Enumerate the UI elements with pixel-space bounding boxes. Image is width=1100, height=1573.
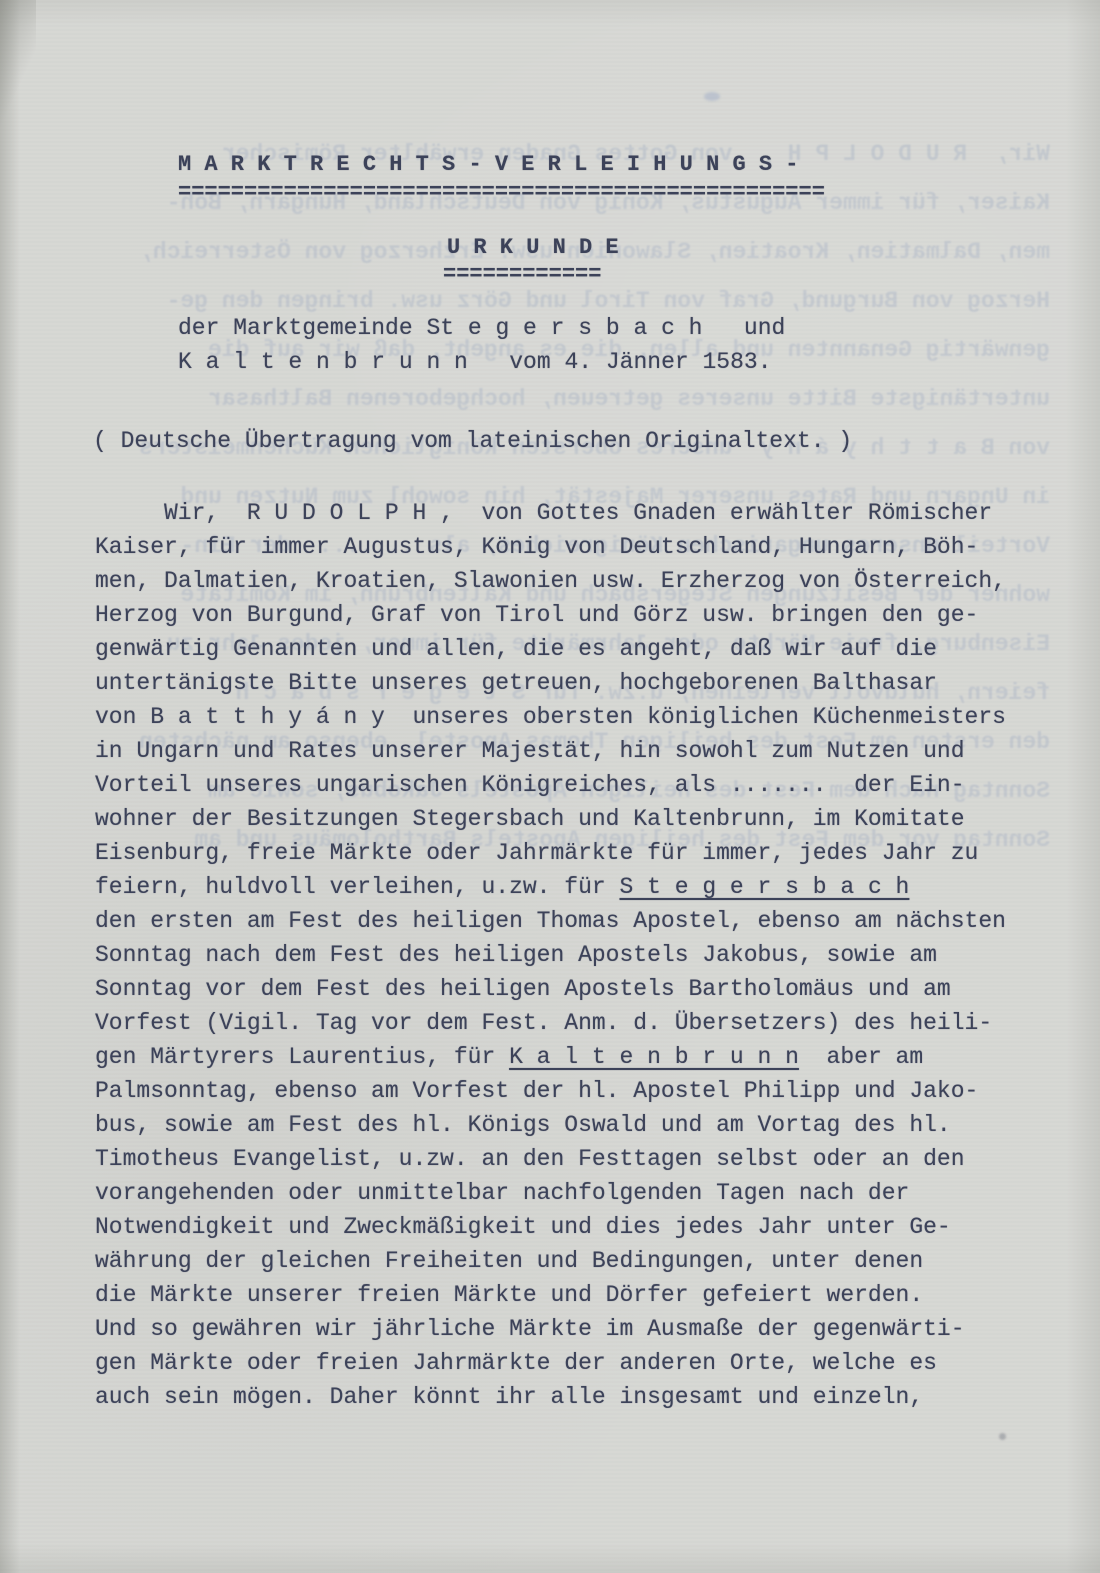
body-line: auch sein mögen. Daher könnt ihr alle in… — [95, 1380, 1006, 1414]
body-text-segment: Timotheus Evangelist, u.zw. an den Festt… — [95, 1146, 965, 1172]
body-text-segment: Eisenburg, freie Märkte oder Jahrmärkte … — [95, 840, 978, 866]
body-line: Und so gewähren wir jährliche Märkte im … — [95, 1312, 1006, 1346]
body-line: wohner der Besitzungen Stegersbach und K… — [95, 802, 1006, 836]
addressee-line-1: der Marktgemeinde St e g e r s b a c h u… — [178, 315, 785, 341]
body-text-segment: gen Märkte oder freien Jahrmärkte der an… — [95, 1350, 937, 1376]
subtitle-underline: ============ — [443, 262, 601, 287]
body-text-segment: aber am — [799, 1044, 923, 1070]
body-line: Wir, R U D O L P H , von Gottes Gnaden e… — [95, 496, 1006, 530]
body-line: Kaiser, für immer Augustus, König von De… — [95, 530, 1006, 564]
body-line: die Märkte unserer freien Märkte und Dör… — [95, 1278, 1006, 1312]
bleedthrough-line: untertänigste Bitte unseres getreuen, ho… — [45, 375, 1050, 424]
body-text-segment: Vorteil unseres ungarischen Königreiches… — [95, 772, 965, 798]
title-underline: ========================================… — [178, 180, 825, 205]
body-text-segment: Und so gewähren wir jährliche Märkte im … — [95, 1316, 965, 1342]
body-line: den ersten am Fest des heiligen Thomas A… — [95, 904, 1006, 938]
body-text-segment: Kaiser, für immer Augustus, König von De… — [95, 534, 978, 560]
body-text-segment: Palmsonntag, ebenso am Vorfest der hl. A… — [95, 1078, 978, 1104]
body-text-segment: bus, sowie am Fest des hl. Königs Oswald… — [95, 1112, 951, 1138]
body-line: gen Märtyrers Laurentius, für K a l t e … — [95, 1040, 1006, 1074]
body-line: währung der gleichen Freiheiten und Bedi… — [95, 1244, 1006, 1278]
translation-note: ( Deutsche Übertragung vom lateinischen … — [93, 428, 852, 454]
underlined-place-name: K a l t e n b r u n n — [509, 1044, 799, 1070]
scanned-document-page: Wir, R U D O L P H , von Gottes Gnaden e… — [0, 0, 1100, 1573]
body-line: untertänigste Bitte unseres getreuen, ho… — [95, 666, 1006, 700]
body-line: Sonntag nach dem Fest des heiligen Apost… — [95, 938, 1006, 972]
body-text-segment: gen Märtyrers Laurentius, für — [95, 1044, 509, 1070]
body-text-segment: den ersten am Fest des heiligen Thomas A… — [95, 908, 1006, 934]
body-line: Vorfest (Vigil. Tag vor dem Fest. Anm. d… — [95, 1006, 1006, 1040]
body-line: Vorteil unseres ungarischen Königreiches… — [95, 768, 1006, 802]
body-text-segment: feiern, huldvoll verleihen, u.zw. für — [95, 874, 620, 900]
body-paragraph: Wir, R U D O L P H , von Gottes Gnaden e… — [95, 496, 1006, 1414]
body-line: men, Dalmatien, Kroatien, Slawonien usw.… — [95, 564, 1006, 598]
underlined-place-name: S t e g e r s b a c h — [620, 874, 910, 900]
body-line: Sonntag vor dem Fest des heiligen Aposte… — [95, 972, 1006, 1006]
body-text-segment: Vorfest (Vigil. Tag vor dem Fest. Anm. d… — [95, 1010, 992, 1036]
body-line: in Ungarn und Rates unserer Majestät, hi… — [95, 734, 1006, 768]
body-text-segment: wohner der Besitzungen Stegersbach und K… — [95, 806, 965, 832]
body-line: vorangehenden oder unmittelbar nachfolge… — [95, 1176, 1006, 1210]
body-line: gen Märkte oder freien Jahrmärkte der an… — [95, 1346, 1006, 1380]
body-line: Eisenburg, freie Märkte oder Jahrmärkte … — [95, 836, 1006, 870]
body-line: Palmsonntag, ebenso am Vorfest der hl. A… — [95, 1074, 1006, 1108]
scan-corner-shadow — [0, 0, 36, 130]
body-line: Herzog von Burgund, Graf von Tirol und G… — [95, 598, 1006, 632]
body-line: bus, sowie am Fest des hl. Königs Oswald… — [95, 1108, 1006, 1142]
body-text-segment: men, Dalmatien, Kroatien, Slawonien usw.… — [95, 568, 1006, 594]
body-text-segment: die Märkte unserer freien Märkte und Dör… — [95, 1282, 923, 1308]
body-text-segment: Wir, R U D O L P H , von Gottes Gnaden e… — [164, 500, 992, 526]
body-text-segment: Herzog von Burgund, Graf von Tirol und G… — [95, 602, 978, 628]
body-text-segment: in Ungarn und Rates unserer Majestät, hi… — [95, 738, 965, 764]
body-line: Timotheus Evangelist, u.zw. an den Festt… — [95, 1142, 1006, 1176]
document-subtitle: U R K U N D E — [447, 235, 619, 260]
body-text-segment: von B a t t h y á n y unseres obersten k… — [95, 704, 1006, 730]
body-line: von B a t t h y á n y unseres obersten k… — [95, 700, 1006, 734]
addressee-line-2: K a l t e n b r u n n vom 4. Jänner 1583… — [178, 349, 772, 375]
paper-speck — [704, 92, 720, 101]
body-text-segment: Sonntag nach dem Fest des heiligen Apost… — [95, 942, 937, 968]
body-text-segment: vorangehenden oder unmittelbar nachfolge… — [95, 1180, 909, 1206]
body-text-segment: Sonntag vor dem Fest des heiligen Aposte… — [95, 976, 951, 1002]
body-text-segment: untertänigste Bitte unseres getreuen, ho… — [95, 670, 937, 696]
body-line: Notwendigkeit und Zweckmäßigkeit und die… — [95, 1210, 1006, 1244]
body-text-segment: genwärtig Genannten und allen, die es an… — [95, 636, 937, 662]
body-text-segment: Notwendigkeit und Zweckmäßigkeit und die… — [95, 1214, 951, 1240]
body-line: genwärtig Genannten und allen, die es an… — [95, 632, 1006, 666]
body-text-segment: währung der gleichen Freiheiten und Bedi… — [95, 1248, 923, 1274]
body-text-segment: auch sein mögen. Daher könnt ihr alle in… — [95, 1384, 923, 1410]
document-title: M A R K T R E C H T S - V E R L E I H U … — [178, 152, 799, 177]
body-line: feiern, huldvoll verleihen, u.zw. für S … — [95, 870, 1006, 904]
paper-speck — [999, 1433, 1006, 1440]
